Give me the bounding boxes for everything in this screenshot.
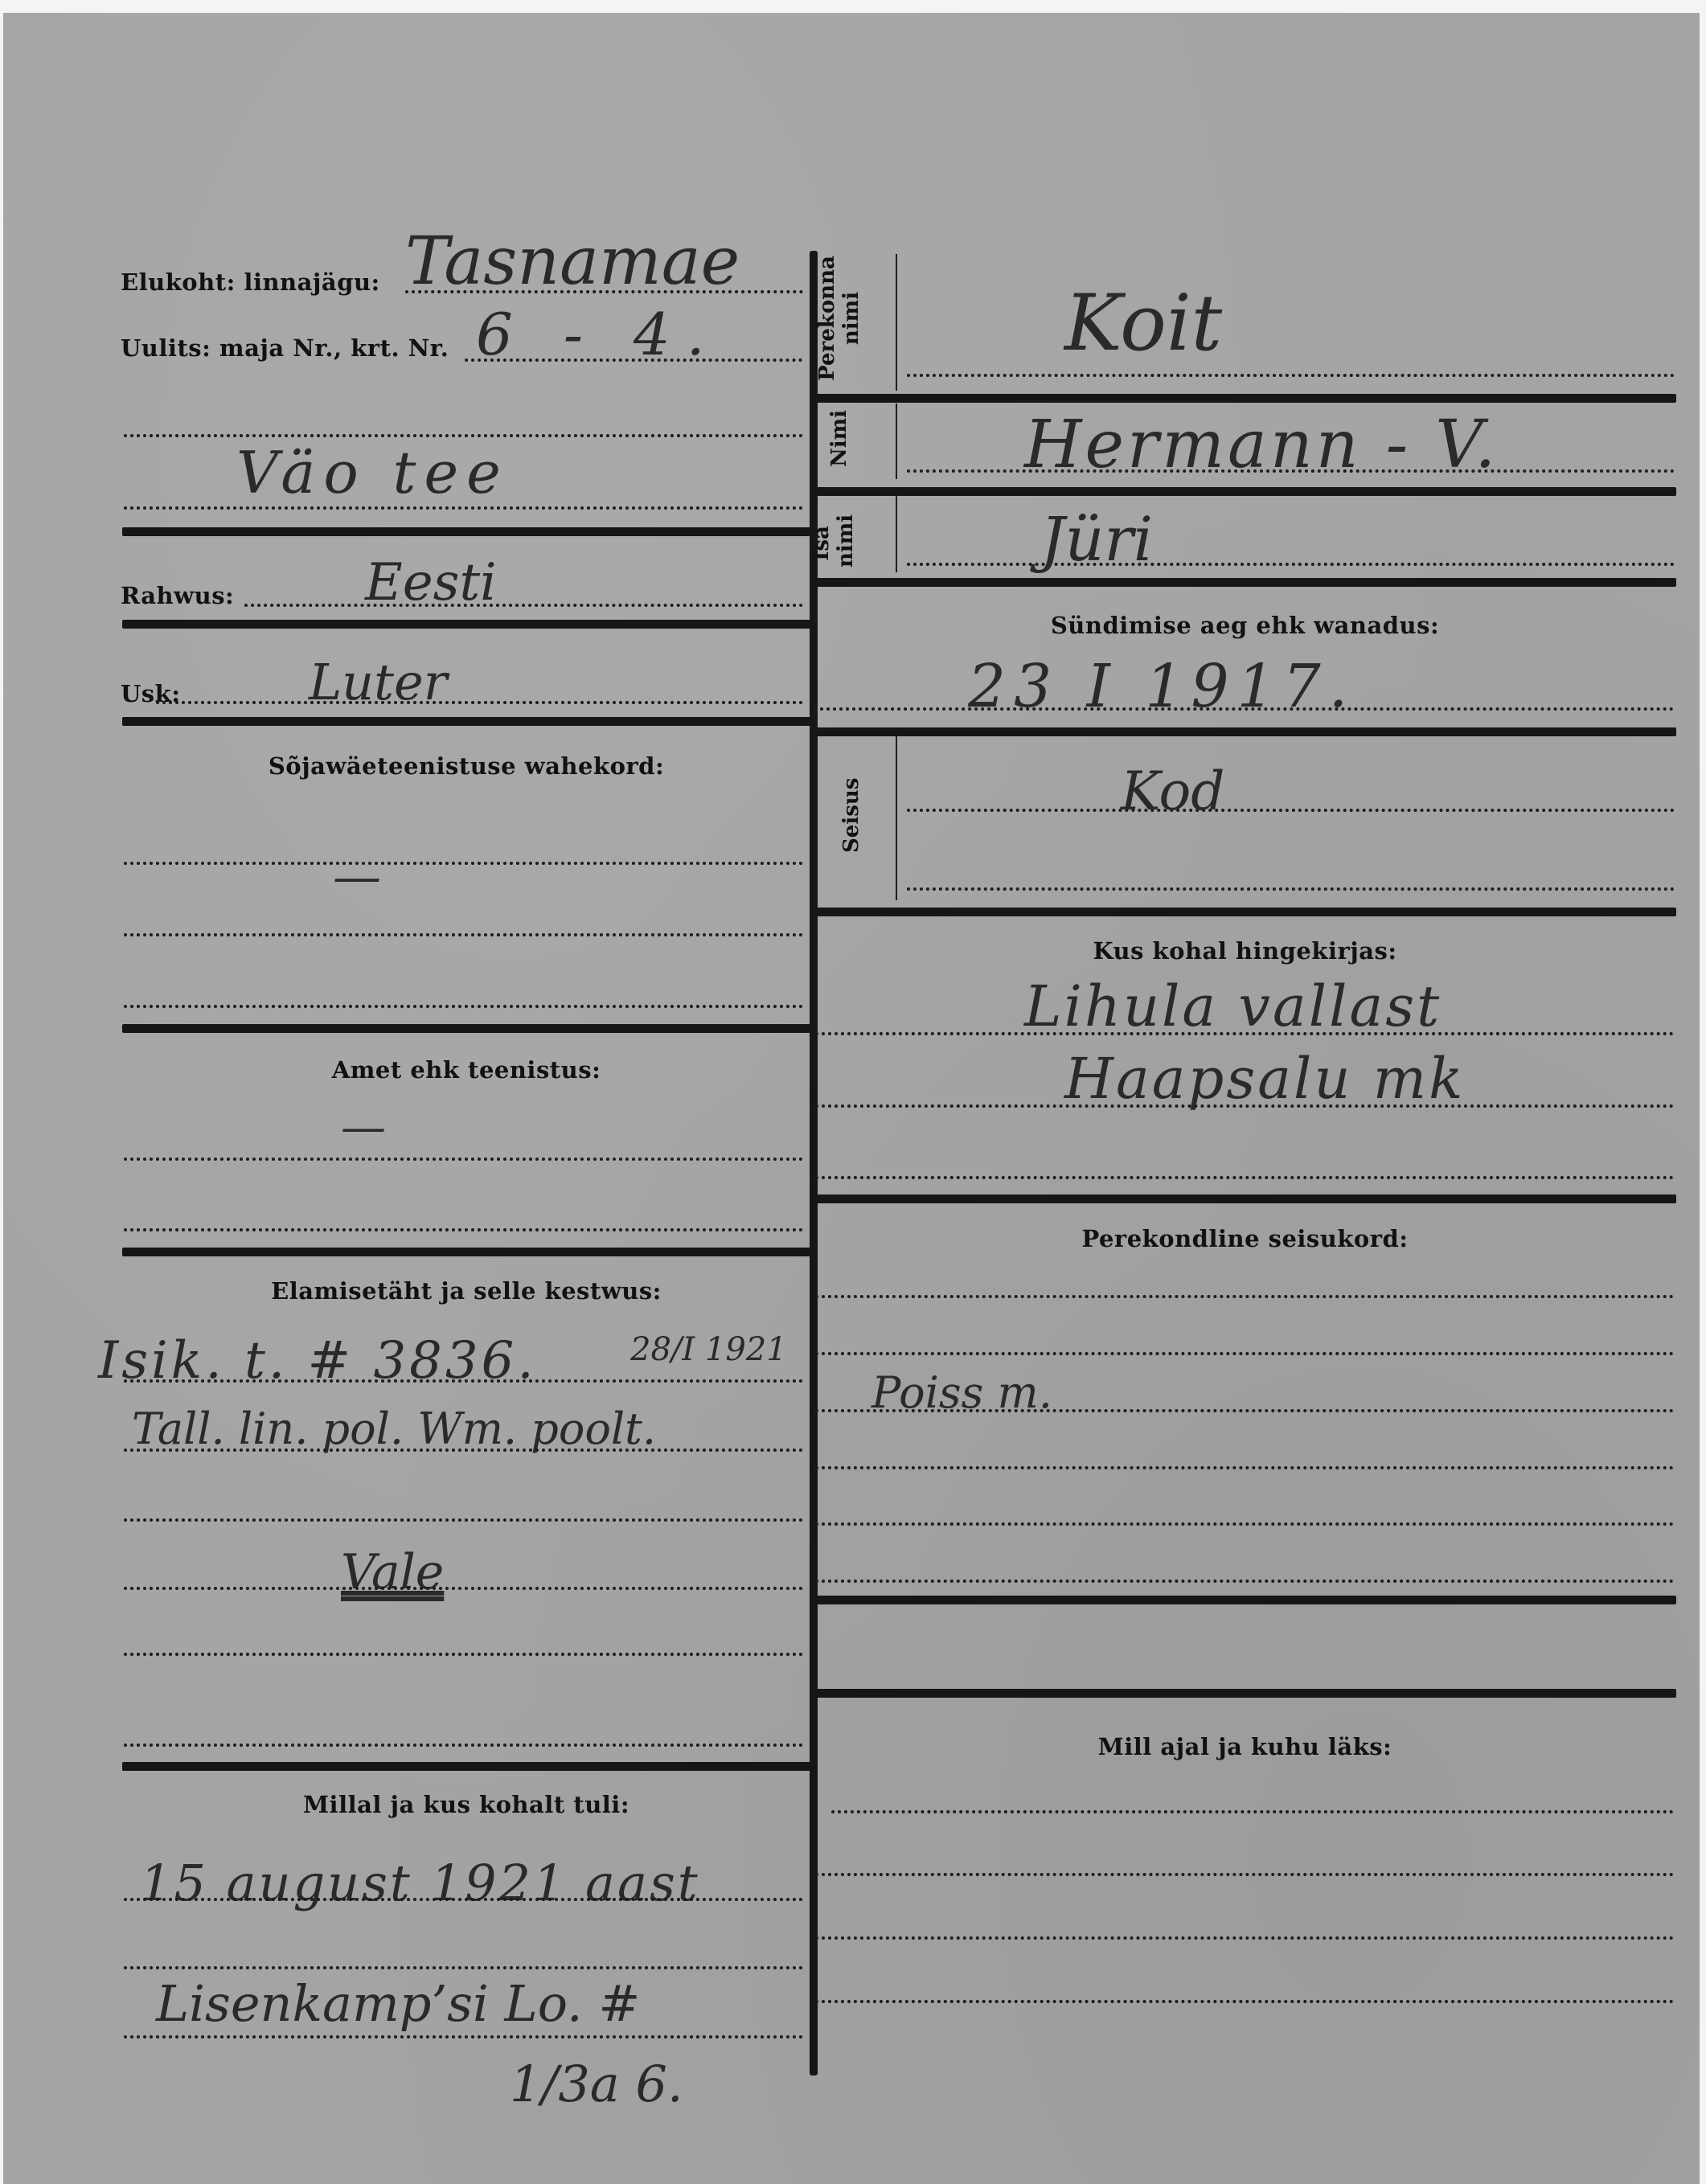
isanimi-line: [907, 563, 1675, 566]
hingekiri-line1[interactable]: Lihula vallast: [1024, 973, 1441, 1039]
hingekiri-line-1: [815, 1032, 1674, 1035]
divider: [122, 1248, 810, 1256]
millal-tuli-label: Millal ja kus kohalt tuli:: [122, 1791, 810, 1818]
seisus-value[interactable]: Kod: [1121, 760, 1225, 822]
divider: [812, 394, 1676, 403]
lahkus-line-2: [815, 1873, 1674, 1876]
amet-line-1: [124, 1158, 803, 1161]
sojavae-value[interactable]: —: [333, 849, 381, 905]
rahvus-value[interactable]: Eesti: [365, 553, 497, 613]
elamis-date[interactable]: 28/I 1921: [630, 1331, 787, 1368]
label-column-divider: [896, 495, 897, 572]
divider: [812, 487, 1676, 496]
isanimi-value[interactable]: Jüri: [1040, 503, 1153, 575]
sundimine-value[interactable]: 23 I 1917.: [968, 652, 1355, 721]
divider: [812, 1689, 1676, 1698]
nimi-label: Nimi: [827, 419, 851, 467]
elukoht-label: Elukoht: linnajägu:: [121, 268, 380, 296]
perekondline-label: Perekondline seisukord:: [814, 1225, 1676, 1252]
seisus-label: Seisus: [839, 789, 863, 853]
divider: [812, 908, 1676, 916]
amet-label: Amet ehk teenistus:: [122, 1056, 810, 1084]
millal-tuli-line-2: [124, 1966, 803, 1969]
street-value[interactable]: Väo tee: [236, 439, 509, 506]
lahkus-line-1: [831, 1810, 1674, 1813]
sundimine-label: Sündimise aeg ehk wanadus:: [814, 612, 1676, 639]
sundimine-line: [814, 707, 1674, 711]
document-paper: Elukoht: linnajägu: Tasnamae Uulits: maj…: [3, 13, 1700, 2184]
divider: [122, 717, 810, 726]
millal-tuli-line3[interactable]: 1/3a 6.: [510, 2055, 683, 2113]
divider: [812, 727, 1676, 736]
elamis-line-4: [124, 1587, 803, 1590]
label-column-divider: [896, 404, 897, 479]
lahkus-line-3: [815, 1936, 1674, 1940]
uulits-label: Uulits: maja Nr., krt. Nr.: [121, 334, 449, 362]
street-line-1: [124, 434, 803, 437]
millal-tuli-line2[interactable]: Lisenkamp’si Lo. #: [156, 1974, 640, 2033]
isanimi-label: Isa nimi: [810, 519, 866, 568]
street-line-2: [124, 506, 803, 510]
millal-tuli-line-1: [124, 1898, 803, 1901]
amet-line-2: [124, 1228, 803, 1231]
millal-tuli-line-3: [124, 2035, 803, 2039]
millal-tuli-line1[interactable]: 15 august 1921 aast: [140, 1854, 700, 1912]
usk-line: [156, 701, 803, 704]
sojavae-line-3: [124, 1005, 803, 1008]
divider: [812, 1596, 1676, 1604]
perekonnanimi-value[interactable]: Koit: [1064, 278, 1222, 368]
elamis-line2[interactable]: Tall. lin. pol. Wm. poolt.: [132, 1403, 656, 1454]
lahkus-line-4: [815, 2000, 1674, 2003]
elamis-label: Elamisetäht ja selle kestwus:: [122, 1277, 810, 1305]
perekonnanimi-line: [907, 374, 1675, 377]
label-column-divider: [896, 254, 897, 391]
elukoht-value[interactable]: Tasnamae: [405, 223, 740, 300]
uulits-value[interactable]: 6 - 4.: [476, 301, 721, 368]
perekondline-line-1: [815, 1295, 1674, 1298]
sojavae-label: Sõjawäeteenistuse wahekord:: [122, 752, 810, 780]
perekondline-line-3: [815, 1409, 1674, 1412]
label-column-divider: [896, 735, 897, 900]
divider: [812, 1194, 1676, 1203]
lahkus-label: Mill ajal ja kuhu läks:: [814, 1733, 1676, 1760]
rahvus-label: Rahwus:: [121, 582, 234, 609]
hingekiri-line2[interactable]: Haapsalu mk: [1064, 1046, 1466, 1112]
elamis-line3[interactable]: Vale: [341, 1544, 444, 1600]
nimi-value[interactable]: Hermann - V.: [1024, 407, 1499, 483]
perekondline-line-2: [815, 1352, 1674, 1355]
seisus-line-1: [907, 809, 1675, 812]
hingekiri-line-2: [815, 1104, 1674, 1108]
rahvus-line: [244, 604, 803, 607]
divider: [122, 1024, 810, 1033]
elamis-line-5: [124, 1653, 803, 1656]
usk-value[interactable]: Luter: [309, 653, 447, 711]
amet-value[interactable]: —: [341, 1101, 386, 1153]
sojavae-line-1: [124, 862, 803, 865]
hingekiri-line-3: [815, 1176, 1674, 1179]
hingekiri-label: Kus kohal hingekirjas:: [814, 937, 1676, 965]
perekondline-line-4: [815, 1466, 1674, 1469]
elamis-line-3: [124, 1518, 803, 1522]
seisus-line-2: [907, 887, 1675, 891]
divider: [122, 1762, 810, 1771]
divider: [122, 620, 810, 629]
perekonnanimi-label: Perekonna nimi: [815, 250, 871, 387]
perekondline-line-5: [815, 1522, 1674, 1526]
divider: [122, 527, 810, 536]
elamis-line-2: [124, 1448, 803, 1452]
sojavae-line-2: [124, 933, 803, 936]
perekondline-line-6: [815, 1580, 1674, 1583]
divider: [812, 578, 1676, 587]
elamis-line-6: [124, 1744, 803, 1747]
elamis-line-1: [124, 1379, 803, 1383]
